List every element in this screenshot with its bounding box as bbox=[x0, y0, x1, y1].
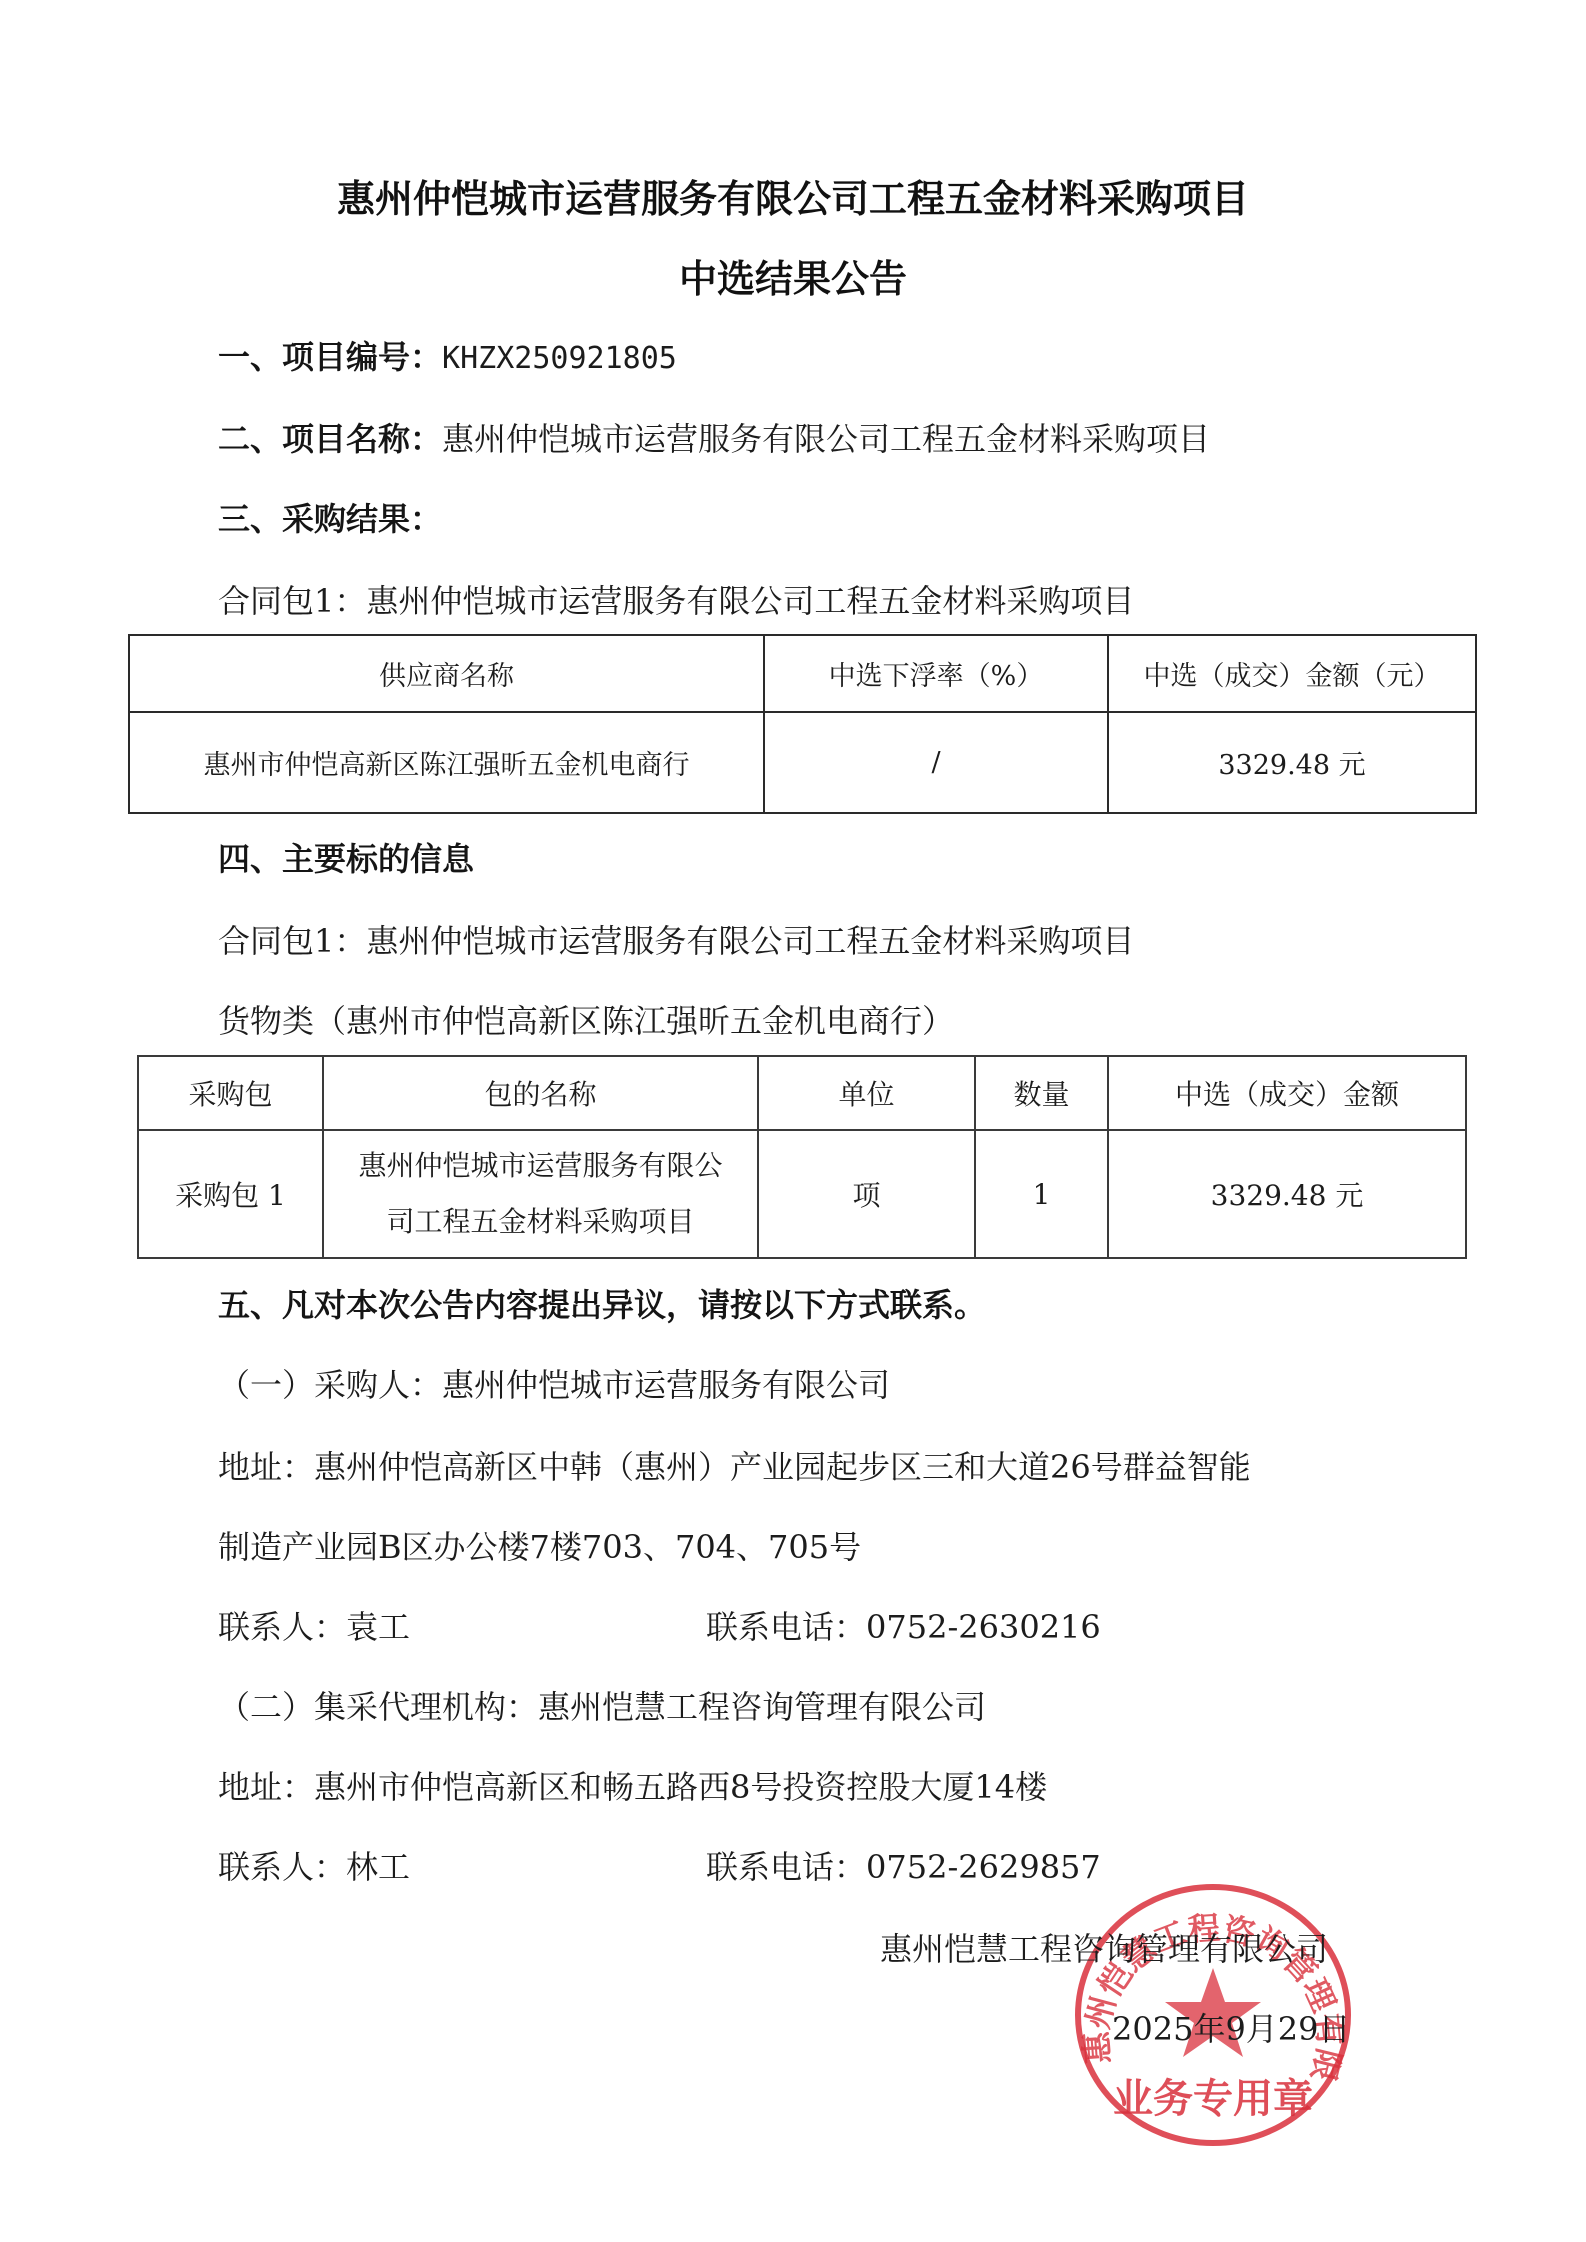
subject-table-header: 采购包 包的名称 单位 数量 中选（成交）金额 bbox=[138, 1056, 1466, 1130]
result-table: 供应商名称 中选下浮率（%） 中选（成交）金额（元） 惠州市仲恺高新区陈江强昕五… bbox=[128, 634, 1477, 814]
table-row: 采购包 1 惠州仲恺城市运营服务有限公 司工程五金材料采购项目 项 1 3329… bbox=[138, 1130, 1466, 1258]
project-name-row: 二、项目名称：惠州仲恺城市运营服务有限公司工程五金材料采购项目 bbox=[218, 414, 1210, 460]
header-amount: 中选（成交）金额 bbox=[1108, 1056, 1466, 1130]
header-unit: 单位 bbox=[758, 1056, 975, 1130]
header-supplier-name: 供应商名称 bbox=[129, 635, 764, 712]
contract-package-line: 合同包1：惠州仲恺城市运营服务有限公司工程五金材料采购项目 bbox=[218, 576, 1134, 622]
project-number-value: KHZX250921805 bbox=[442, 341, 677, 376]
cell-supplier-name: 惠州市仲恺高新区陈江强昕五金机电商行 bbox=[129, 712, 764, 813]
project-number-label: 一、项目编号： bbox=[218, 338, 442, 376]
purchaser-address-line1: 地址：惠州仲恺高新区中韩（惠州）产业园起步区三和大道26号群益智能 bbox=[218, 1442, 1251, 1488]
header-winning-amount: 中选（成交）金额（元） bbox=[1108, 635, 1476, 712]
agency-address: 地址：惠州市仲恺高新区和畅五路西8号投资控股大厦14楼 bbox=[218, 1762, 1047, 1808]
cell-winning-amount: 3329.48 元 bbox=[1108, 712, 1476, 813]
project-name-value: 惠州仲恺城市运营服务有限公司工程五金材料采购项目 bbox=[442, 420, 1210, 458]
cell-package: 采购包 1 bbox=[138, 1130, 323, 1258]
cell-quantity: 1 bbox=[975, 1130, 1108, 1258]
purchaser-contact: 联系人：袁工 bbox=[218, 1602, 410, 1648]
signature-date: 2025年9月29日 bbox=[1112, 2004, 1351, 2050]
header-package: 采购包 bbox=[138, 1056, 323, 1130]
cell-unit: 项 bbox=[758, 1130, 975, 1258]
project-name-label: 二、项目名称： bbox=[218, 420, 442, 458]
seal-center-text: 业务专用章 bbox=[1113, 2076, 1313, 2122]
cell-package-name-line1: 惠州仲恺城市运营服务有限公 bbox=[324, 1138, 757, 1194]
purchaser-line: （一）采购人：惠州仲恺城市运营服务有限公司 bbox=[218, 1360, 890, 1406]
contract-package-line-2: 合同包1：惠州仲恺城市运营服务有限公司工程五金材料采购项目 bbox=[218, 916, 1134, 962]
agency-contact: 联系人：林工 bbox=[218, 1842, 410, 1888]
cell-discount-rate: / bbox=[764, 712, 1108, 813]
objection-heading: 五、凡对本次公告内容提出异议，请按以下方式联系。 bbox=[218, 1280, 986, 1326]
cell-package-name-line2: 司工程五金材料采购项目 bbox=[324, 1194, 757, 1250]
header-package-name: 包的名称 bbox=[323, 1056, 758, 1130]
cell-amount: 3329.48 元 bbox=[1108, 1130, 1466, 1258]
agency-phone: 联系电话：0752-2629857 bbox=[706, 1842, 1101, 1888]
subject-table: 采购包 包的名称 单位 数量 中选（成交）金额 采购包 1 惠州仲恺城市运营服务… bbox=[137, 1055, 1467, 1259]
main-subject-heading: 四、主要标的信息 bbox=[218, 834, 474, 880]
document-title-line1: 惠州仲恺城市运营服务有限公司工程五金材料采购项目 bbox=[0, 168, 1586, 223]
header-quantity: 数量 bbox=[975, 1056, 1108, 1130]
goods-category-line: 货物类（惠州市仲恺高新区陈江强昕五金机电商行） bbox=[218, 996, 954, 1042]
project-number-row: 一、项目编号：KHZX250921805 bbox=[218, 332, 677, 378]
purchaser-address-line2: 制造产业园B区办公楼7楼703、704、705号 bbox=[218, 1522, 861, 1568]
document-title-line2: 中选结果公告 bbox=[0, 248, 1586, 303]
cell-package-name: 惠州仲恺城市运营服务有限公 司工程五金材料采购项目 bbox=[323, 1130, 758, 1258]
procurement-result-heading: 三、采购结果： bbox=[218, 494, 442, 540]
signature-company: 惠州恺慧工程咨询管理有限公司 bbox=[880, 1924, 1328, 1970]
agency-line: （二）集采代理机构：惠州恺慧工程咨询管理有限公司 bbox=[218, 1682, 986, 1728]
table-row: 惠州市仲恺高新区陈江强昕五金机电商行 / 3329.48 元 bbox=[129, 712, 1476, 813]
result-table-header: 供应商名称 中选下浮率（%） 中选（成交）金额（元） bbox=[129, 635, 1476, 712]
header-discount-rate: 中选下浮率（%） bbox=[764, 635, 1108, 712]
purchaser-phone: 联系电话：0752-2630216 bbox=[706, 1602, 1101, 1648]
